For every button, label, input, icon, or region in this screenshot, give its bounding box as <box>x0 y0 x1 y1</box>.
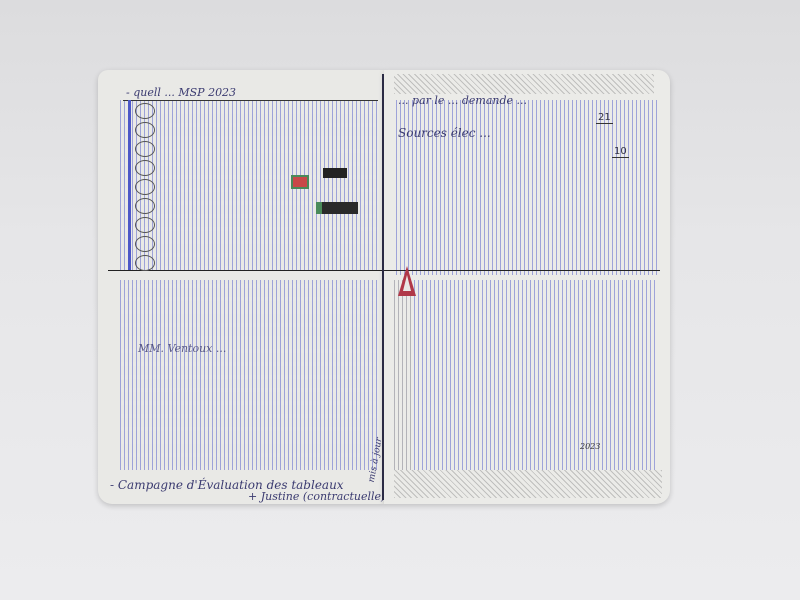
handwritten-line: MM. Ventoux ... <box>138 342 226 355</box>
boxed-number: 21 <box>596 112 613 124</box>
scribble-block <box>394 280 414 470</box>
warning-triangle-inner <box>403 275 411 291</box>
black-swatch <box>323 168 347 178</box>
year-note: 2023 <box>580 442 600 451</box>
left-header: - quell ... MSP 2023 <box>126 86 236 99</box>
rule-line <box>123 100 378 101</box>
notebook-spine <box>382 74 384 500</box>
divider-line <box>384 270 660 271</box>
red-swatch <box>291 175 309 189</box>
right-header: ... par le ... demande ... <box>398 94 527 107</box>
notebook: - quell ... MSP 2023 - Campagne d'Évalua… <box>98 70 670 504</box>
numbered-circles <box>128 100 161 270</box>
hatched-area <box>394 74 654 94</box>
section-title: Sources élec ... <box>398 126 491 140</box>
scribble-block <box>120 280 378 470</box>
right-page: ... par le ... demande ... Sources élec … <box>384 70 670 504</box>
left-page: - quell ... MSP 2023 - Campagne d'Évalua… <box>98 70 384 504</box>
handwritten-line: + Justine (contractuelle) <box>248 490 385 503</box>
boxed-number: 10 <box>612 146 629 158</box>
scribble-block <box>414 280 658 470</box>
hatched-area <box>394 470 662 498</box>
black-green-swatch <box>316 202 358 214</box>
